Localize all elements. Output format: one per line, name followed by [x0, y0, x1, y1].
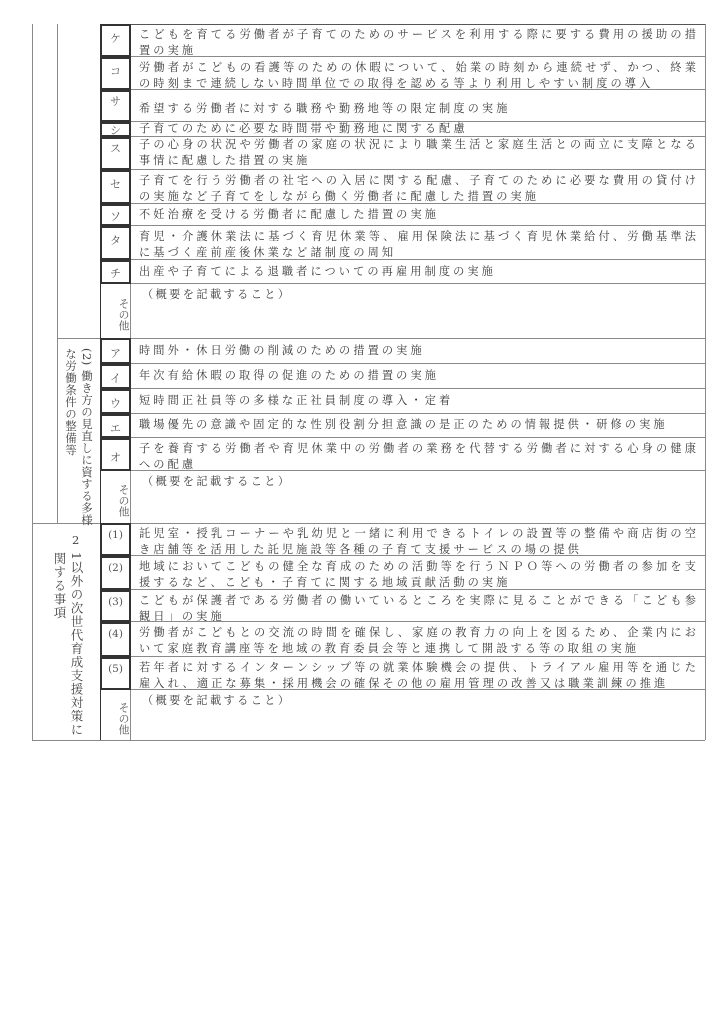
row-text: 地域においてこどもの健全な育成のための活動等を行うＮＰＯ等への労働者の参加を支援…	[139, 559, 699, 591]
document-page: ケ こどもを育てる労働者が子育てのためのサービスを利用する際に要する費用の援助の…	[0, 0, 724, 1024]
section-2-label-line1: 1以外の次世代育成支援対策に	[69, 552, 84, 736]
row-text: こどもを育てる労働者が子育てのためのサービスを利用する際に要する費用の援助の措置…	[139, 27, 699, 59]
table-row: (4) 労働者がこどもとの交流の時間を確保し、家庭の教育力の向上を図るため、企業…	[100, 622, 705, 657]
row-key: ソ	[100, 204, 131, 226]
table-row: ア 時間外・休日労働の削減のための措置の実施	[100, 338, 705, 364]
table-row: (2) 地域においてこどもの健全な育成のための活動等を行うＮＰＯ等への労働者の参…	[100, 556, 705, 590]
section-1-2-label-line2: な労働条件の整備等	[64, 348, 78, 456]
row-key: エ	[100, 414, 131, 438]
row-key-other: その他	[100, 471, 131, 523]
table-row: (5) 若年者に対するインターンシップ等の就業体験機会の提供、トライアル雇用等を…	[100, 657, 705, 690]
row-text: 希望する労働者に対する職務や勤務地等の限定制度の実施	[139, 101, 699, 117]
row-text: 出産や子育てによる退職者についての再雇用制度の実施	[139, 264, 699, 280]
row-text: 不妊治療を受ける労働者に配慮した措置の実施	[139, 207, 699, 223]
row-key: セ	[100, 170, 131, 204]
row-key: ア	[100, 338, 131, 364]
row-key: ケ	[100, 24, 131, 57]
table-row: ケ こどもを育てる労働者が子育てのためのサービスを利用する際に要する費用の援助の…	[100, 24, 705, 57]
row-text: 職場優先の意識や固定的な性別役割分担意識の是正のための情報提供・研修の実施	[139, 417, 699, 433]
row-text-placeholder: （概要を記載すること）	[142, 287, 699, 303]
table-border-inner-left	[57, 24, 58, 523]
row-text: 育児・介護休業法に基づく育児休業等、雇用保険法に基づく育児休業給付、労働基準法に…	[139, 229, 699, 261]
section-2-number: 2	[72, 533, 80, 547]
table-row: イ 年次有給休暇の取得の促進のための措置の実施	[100, 364, 705, 389]
row-key: (3)	[100, 590, 131, 622]
table-border-bottom	[32, 740, 705, 741]
table-row: (3) こどもが保護者である労働者の働いているところを実際に見ることができる「こ…	[100, 590, 705, 622]
table-row: タ 育児・介護休業法に基づく育児休業等、雇用保険法に基づく育児休業給付、労働基準…	[100, 226, 705, 260]
row-key: (1)	[100, 523, 131, 556]
row-key: サ	[100, 90, 131, 122]
row-text: 労働者がこどもとの交流の時間を確保し、家庭の教育力の向上を図るため、企業内におい…	[139, 625, 699, 657]
row-text: 子育てのために必要な時間帯や勤務地に関する配慮	[139, 121, 699, 137]
row-text: 子の心身の状況や労働者の家庭の状況により職業生活と家庭生活との両立に支障となる事…	[139, 137, 699, 169]
row-text: 子を養育する労働者や育児休業中の労働者の業務を代替する労働者に対する心身の健康へ…	[139, 441, 699, 473]
table-border-left	[32, 24, 33, 740]
table-row: その他 （概要を記載すること）	[100, 690, 705, 740]
table-row: セ 子育てを行う労働者の社宅への入居に関する配慮、子育てのために必要な費用の貸付…	[100, 170, 705, 204]
table-row: オ 子を養育する労働者や育児休業中の労働者の業務を代替する労働者に対する心身の健…	[100, 438, 705, 471]
table-row: その他 （概要を記載すること）	[100, 471, 705, 523]
table-row: ス 子の心身の状況や労働者の家庭の状況により職業生活と家庭生活との両立に支障とな…	[100, 137, 705, 170]
row-key: オ	[100, 438, 131, 471]
row-key: ス	[100, 137, 131, 170]
row-text: 子育てを行う労働者の社宅への入居に関する配慮、子育てのために必要な費用の貸付けの…	[139, 173, 699, 205]
row-key: シ	[100, 122, 131, 137]
row-text: 託児室・授乳コーナーや乳幼児と一緒に利用できるトイレの設置等の整備や商店街の空き…	[139, 526, 699, 558]
table-row: サ 希望する労働者に対する職務や勤務地等の限定制度の実施	[100, 90, 705, 122]
row-key: (4)	[100, 622, 131, 657]
table-row: エ 職場優先の意識や固定的な性別役割分担意識の是正のための情報提供・研修の実施	[100, 414, 705, 438]
row-key: (2)	[100, 556, 131, 590]
row-key: タ	[100, 226, 131, 260]
section-1-2-label-line1: (2) 働き方の見直しに資する多様	[80, 348, 94, 526]
row-key: ウ	[100, 389, 131, 414]
row-key-other: その他	[100, 284, 131, 338]
table-row: シ 子育てのために必要な時間帯や勤務地に関する配慮	[100, 122, 705, 137]
row-text: 時間外・休日労働の削減のための措置の実施	[139, 343, 699, 359]
table-row: ソ 不妊治療を受ける労働者に配慮した措置の実施	[100, 204, 705, 226]
row-text: 年次有給休暇の取得の促進のための措置の実施	[139, 368, 699, 384]
section-2-label-line2: 関する事項	[52, 552, 67, 620]
table-row: その他 （概要を記載すること）	[100, 284, 705, 338]
row-text: 短時間正社員等の多様な正社員制度の導入・定着	[139, 393, 699, 409]
row-key: チ	[100, 260, 131, 284]
row-key: (5)	[100, 657, 131, 690]
row-text: 労働者がこどもの看護等のための休暇について、始業の時刻から連続せず、かつ、終業の…	[139, 60, 699, 92]
row-text: 若年者に対するインターンシップ等の就業体験機会の提供、トライアル雇用等を通じた雇…	[139, 660, 699, 692]
table-row: コ 労働者がこどもの看護等のための休暇について、始業の時刻から連続せず、かつ、終…	[100, 57, 705, 90]
table-row: (1) 託児室・授乳コーナーや乳幼児と一緒に利用できるトイレの設置等の整備や商店…	[100, 523, 705, 556]
table-row: ウ 短時間正社員等の多様な正社員制度の導入・定着	[100, 389, 705, 414]
row-key: コ	[100, 57, 131, 90]
row-text-placeholder: （概要を記載すること）	[142, 693, 699, 709]
row-text-placeholder: （概要を記載すること）	[142, 474, 699, 490]
row-key: イ	[100, 364, 131, 389]
table-row: チ 出産や子育てによる退職者についての再雇用制度の実施	[100, 260, 705, 284]
table-border-right	[705, 24, 706, 740]
row-key-other: その他	[100, 690, 131, 740]
